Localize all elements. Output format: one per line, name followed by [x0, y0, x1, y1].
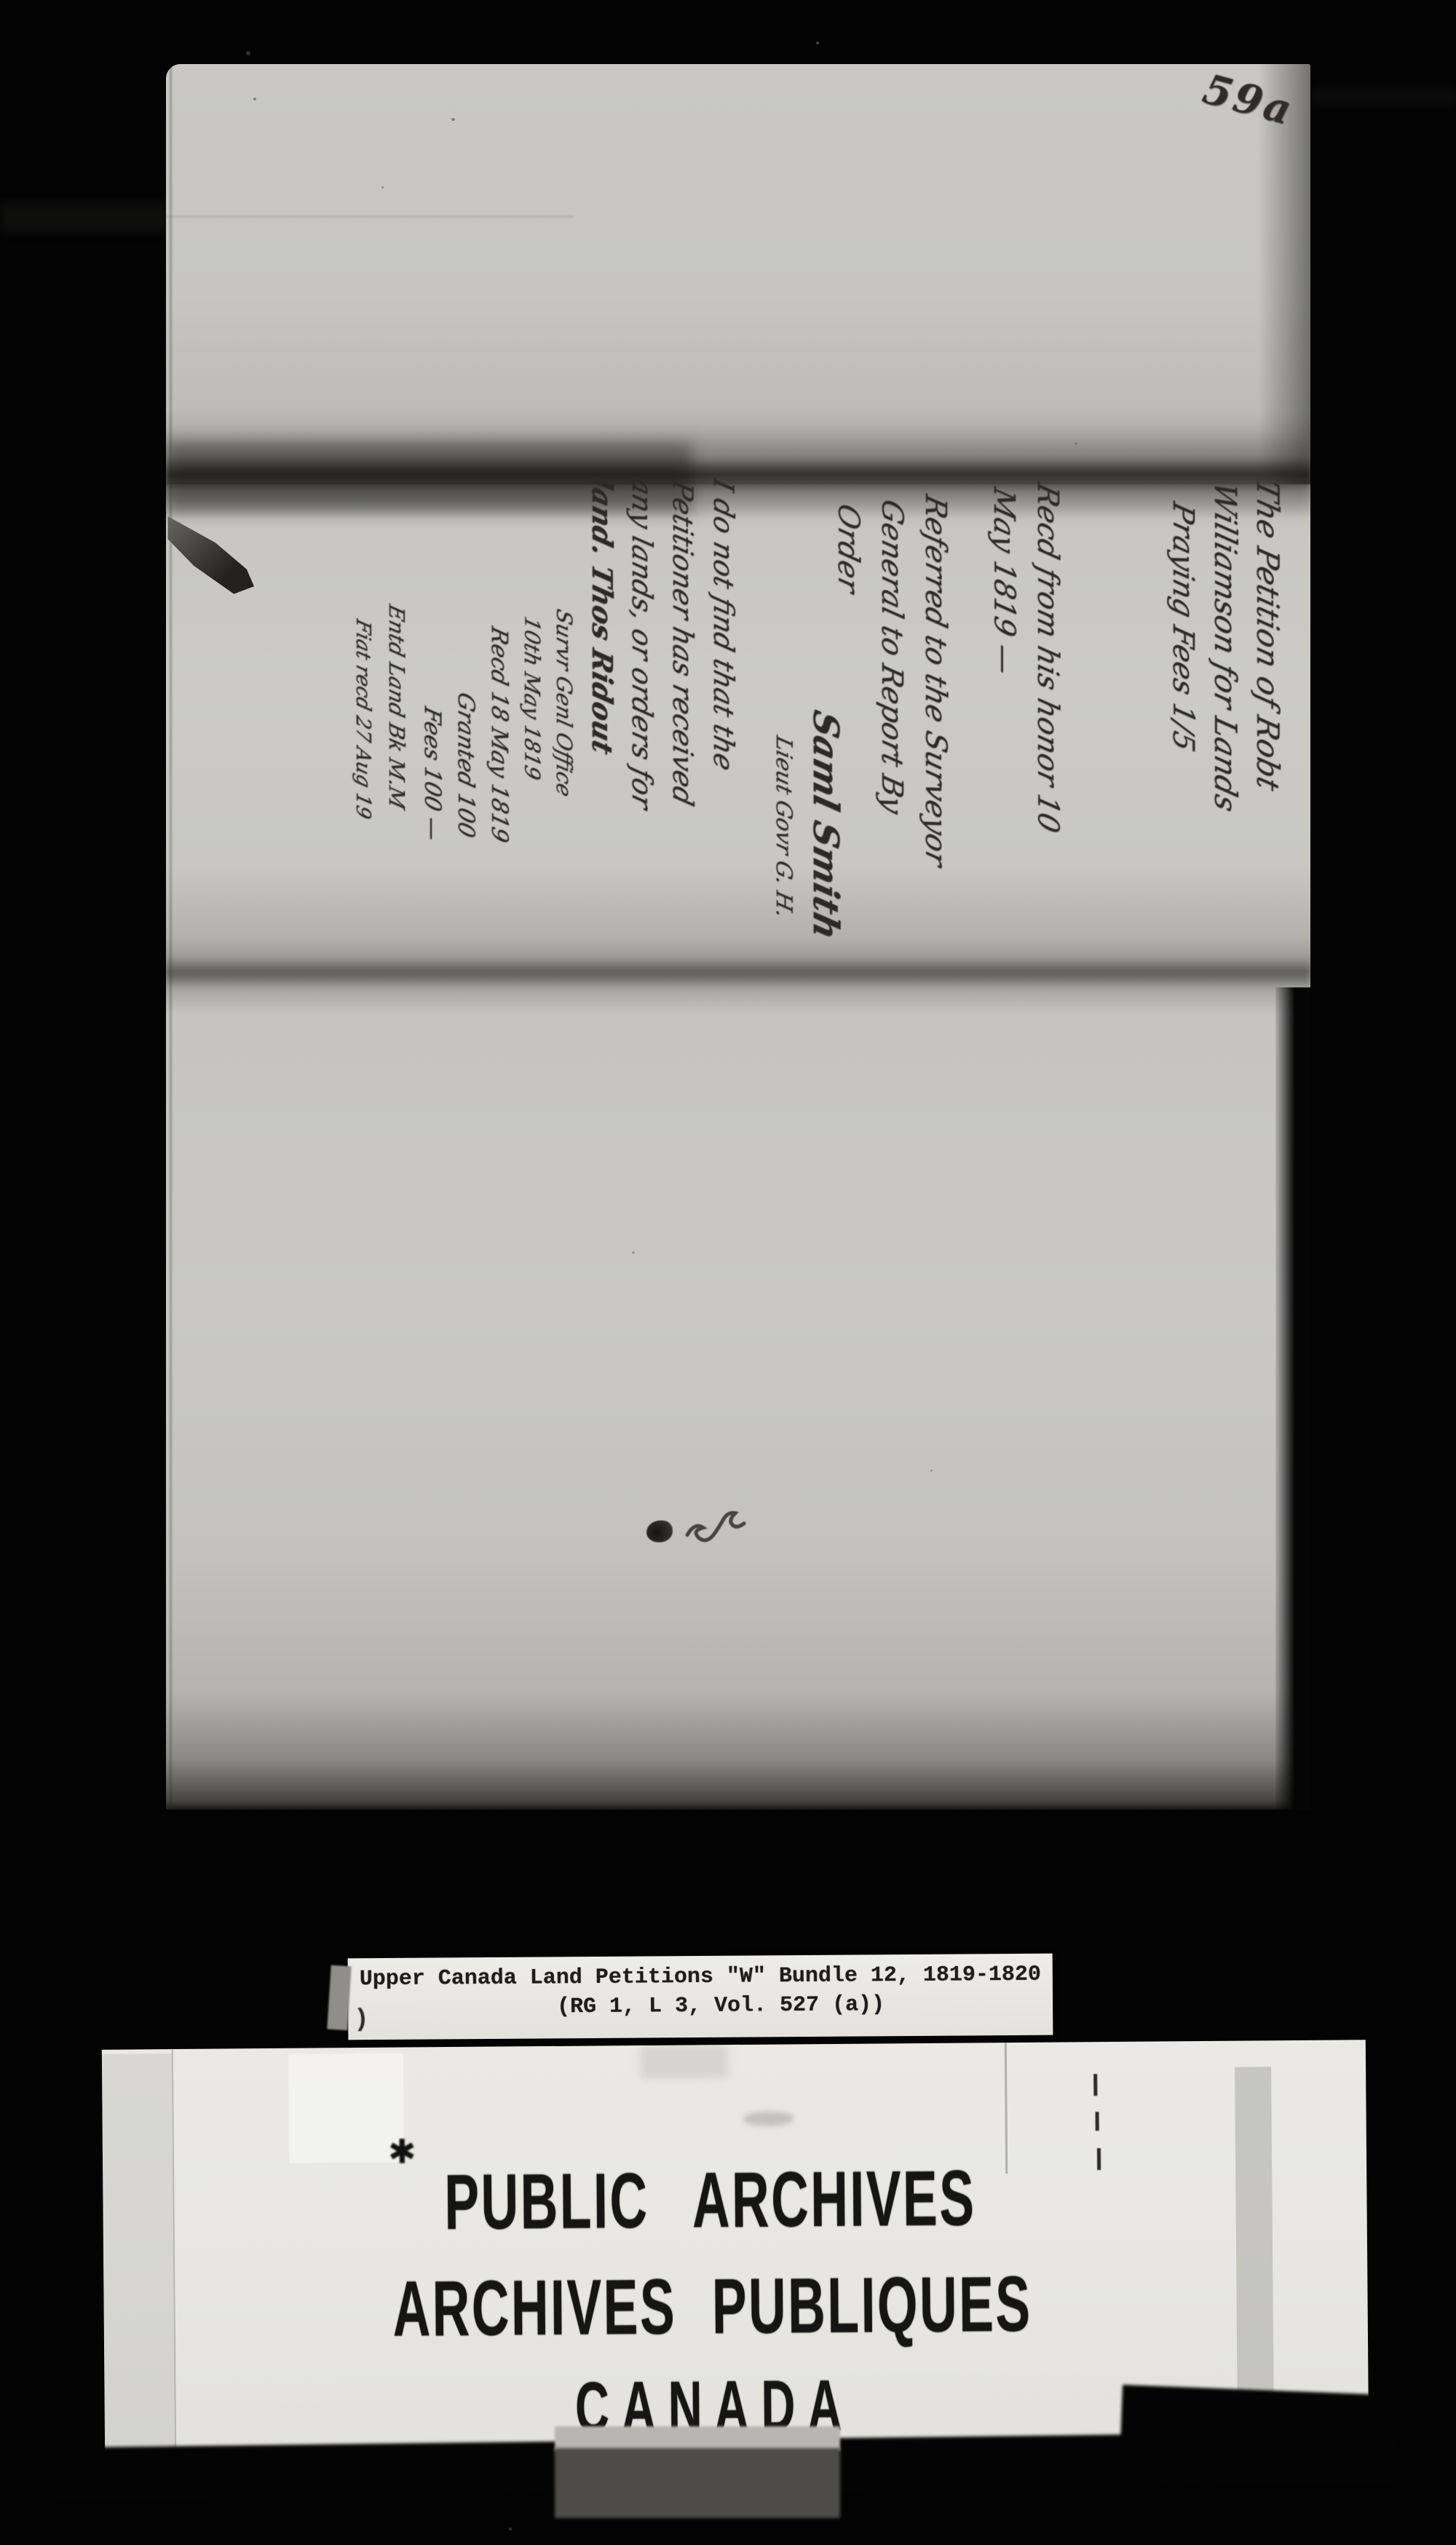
card-bottom-tape-shadowed [555, 2448, 840, 2518]
paper-speck [451, 118, 455, 121]
handwriting-line: Order [831, 500, 865, 596]
handwriting-rotated-surface: The Petition of RobtWilliamson for Lands… [342, 470, 1310, 972]
handwriting-line: The Petition of Robt [1250, 476, 1286, 794]
paper-edge-line [170, 64, 172, 1810]
handwriting-line: General to Report By [875, 496, 909, 817]
paper-speck [930, 1469, 933, 1472]
paper-speck [253, 98, 256, 100]
ink-blot [646, 1520, 673, 1542]
paper-crease [166, 216, 574, 218]
ink-squiggle-icon [683, 1497, 748, 1548]
paper-speck [632, 1251, 635, 1254]
handwriting-line: land. Thos Ridout [586, 474, 619, 758]
paper-panel-bottom [166, 972, 1310, 1810]
card-left-crease-column [102, 2053, 175, 2447]
handwriting-line: 10th May 1819 [520, 614, 545, 782]
petition-paper: 59a The Petition of RobtWilliamson for L… [166, 64, 1310, 1810]
handwriting-line: Saml Smith [805, 706, 846, 944]
handwriting-line: Praying Fees 1/5 [1166, 499, 1200, 754]
handwriting-line: Granted 100 [453, 690, 479, 840]
handwriting-line: any lands, or orders for [626, 474, 658, 813]
stray-paren-mark: ) [354, 2006, 369, 2034]
card-bottom-shadow [1120, 2385, 1392, 2468]
handwriting-line: Referred to the Surveyor [919, 492, 952, 869]
paper-speck [1075, 443, 1077, 445]
typed-label-line-2: (RG 1, L 3, Vol. 527 (a)) [368, 1991, 1073, 2021]
handwriting-line: May 1819 — [987, 484, 1021, 678]
card-right-shading [1235, 2067, 1274, 2415]
handwriting-line: Survr Genl Office [552, 607, 577, 800]
paper-speck [381, 186, 384, 189]
microfilm-frame: 59a The Petition of RobtWilliamson for L… [0, 0, 1456, 2545]
card-title-archives-publiques: ARCHIVES PUBLIQUES [295, 2257, 1130, 2355]
handwriting-line: Lieut Govr G. H. [771, 733, 796, 920]
ink-dash [1093, 2074, 1097, 2096]
paper-right-notch [1275, 987, 1310, 1810]
handwriting-line: Recd from his honor 10 [1031, 480, 1064, 836]
paper-panel-top [166, 64, 1310, 484]
handwriting-line: Fees 100 — [419, 704, 446, 843]
handwriting-line: Williamson for Lands [1208, 478, 1243, 816]
handwriting-line: Petitioner has received [667, 477, 699, 809]
film-dust [0, 0, 1, 1]
typed-reference-label: ) Upper Canada Land Petitions "W" Bundle… [348, 1954, 1053, 2040]
film-streak [0, 202, 169, 233]
tape-patch [288, 2053, 404, 2163]
typed-label-line-1: Upper Canada Land Petitions "W" Bundle 1… [360, 1962, 1041, 1992]
card-smudge [641, 2045, 728, 2079]
handwriting-line: Fiat recd 27 Aug 19 [352, 617, 374, 821]
handwriting-line: Entd Land Bk M.M [384, 602, 409, 811]
handwriting-line: I do not find that the [708, 476, 740, 774]
ink-dash [1096, 2112, 1099, 2131]
card-smudge [743, 2111, 794, 2126]
card-title-public-archives: PUBLIC ARCHIVES [293, 2151, 1128, 2249]
handwriting-line: Recd 18 May 1819 [486, 624, 513, 845]
typed-label-torn-edge [327, 1965, 351, 2031]
handwriting-block: The Petition of RobtWilliamson for Lands… [342, 470, 1310, 972]
card-bottom-tape [555, 2426, 840, 2451]
film-streak [1310, 87, 1456, 106]
